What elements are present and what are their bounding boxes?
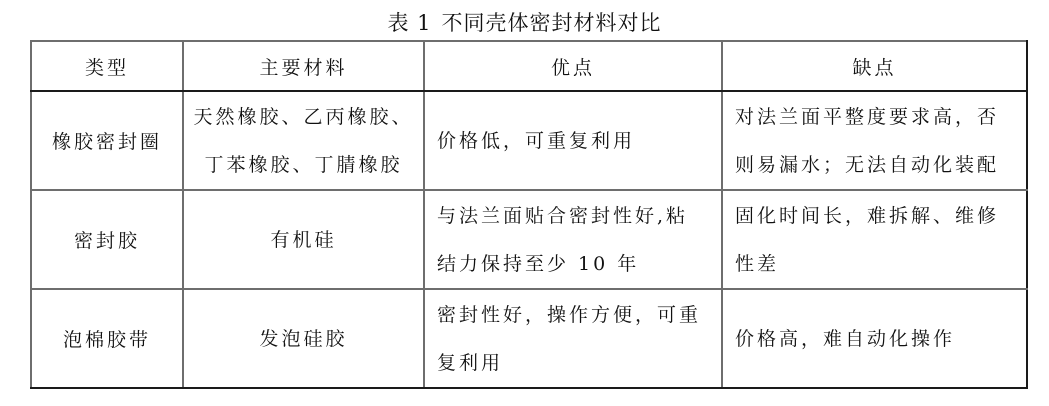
table-row: 泡棉胶带 发泡硅胶 密封性好，操作方便，可重 复利用 价格高，难自动化操作 bbox=[31, 289, 1027, 388]
cell-line: 则易漏水；无法自动化装配 bbox=[735, 141, 1020, 189]
cell-materials: 有机硅 bbox=[183, 190, 424, 289]
cell-line: 天然橡胶、乙丙橡胶、 bbox=[184, 93, 423, 141]
cell-line: 价格高，难自动化操作 bbox=[735, 315, 1020, 363]
cell-cons: 价格高，难自动化操作 bbox=[722, 289, 1027, 388]
cell-cons: 对法兰面平整度要求高，否 则易漏水；无法自动化装配 bbox=[722, 91, 1027, 190]
table-caption: 表 1不同壳体密封材料对比 bbox=[0, 8, 1049, 38]
header-materials: 主要材料 bbox=[183, 41, 424, 91]
cell-type: 泡棉胶带 bbox=[31, 289, 183, 388]
cell-line: 密封性好，操作方便，可重 bbox=[437, 291, 715, 339]
table-title: 不同壳体密封材料对比 bbox=[442, 11, 662, 35]
cell-line: 与法兰面贴合密封性好,粘 bbox=[437, 192, 715, 240]
table-number: 表 1 bbox=[387, 11, 431, 35]
cell-line: 有机硅 bbox=[184, 216, 423, 264]
header-cons: 缺点 bbox=[722, 41, 1027, 91]
header-type: 类型 bbox=[31, 41, 183, 91]
cell-line: 对法兰面平整度要求高，否 bbox=[735, 93, 1020, 141]
cell-materials: 天然橡胶、乙丙橡胶、 丁苯橡胶、丁腈橡胶 bbox=[183, 91, 424, 190]
cell-pros: 密封性好，操作方便，可重 复利用 bbox=[424, 289, 722, 388]
table-row: 密封胶 有机硅 与法兰面贴合密封性好,粘 结力保持至少 10 年 固化时间长，难… bbox=[31, 190, 1027, 289]
cell-line: 复利用 bbox=[437, 339, 715, 387]
cell-type: 密封胶 bbox=[31, 190, 183, 289]
cell-line: 结力保持至少 10 年 bbox=[437, 240, 715, 288]
cell-materials: 发泡硅胶 bbox=[183, 289, 424, 388]
cell-line: 性差 bbox=[735, 240, 1020, 288]
comparison-table: 类型 主要材料 优点 缺点 橡胶密封圈 天然橡胶、乙丙橡胶、 丁苯橡胶、丁腈橡胶… bbox=[30, 40, 1028, 389]
header-pros: 优点 bbox=[424, 41, 722, 91]
header-row: 类型 主要材料 优点 缺点 bbox=[31, 41, 1027, 91]
cell-pros: 价格低，可重复利用 bbox=[424, 91, 722, 190]
table-row: 橡胶密封圈 天然橡胶、乙丙橡胶、 丁苯橡胶、丁腈橡胶 价格低，可重复利用 对法兰… bbox=[31, 91, 1027, 190]
cell-line: 丁苯橡胶、丁腈橡胶 bbox=[184, 141, 423, 189]
cell-line: 固化时间长，难拆解、维修 bbox=[735, 192, 1020, 240]
cell-cons: 固化时间长，难拆解、维修 性差 bbox=[722, 190, 1027, 289]
cell-line: 价格低，可重复利用 bbox=[437, 117, 715, 165]
cell-pros: 与法兰面贴合密封性好,粘 结力保持至少 10 年 bbox=[424, 190, 722, 289]
cell-type: 橡胶密封圈 bbox=[31, 91, 183, 190]
cell-line: 发泡硅胶 bbox=[184, 315, 423, 363]
